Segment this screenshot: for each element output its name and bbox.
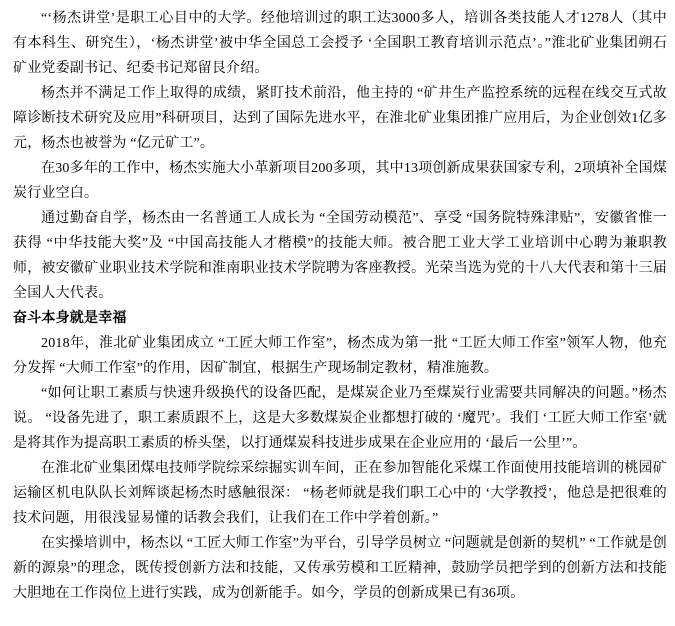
intro-paragraph-4: 通过勤奋自学，杨杰由一名普通工人成长为 “全国劳动模范”、享受 “国务院特殊津贴… [13,206,667,306]
section-paragraph-3: 在淮北矿业集团煤电技师学院综采综掘实训车间，正在参加智能化采煤工作面使用技能培训… [13,456,667,531]
intro-paragraph-2: 杨杰并不满足工作上取得的成绩，紧盯技术前沿，他主持的 “矿井生产监控系统的远程在… [13,81,667,156]
article-page: “‘杨杰讲堂’是职工心目中的大学。经他培训过的职工达3000多人，培训各类技能人… [0,0,675,626]
intro-paragraph-1: “‘杨杰讲堂’是职工心目中的大学。经他培训过的职工达3000多人，培训各类技能人… [13,6,667,81]
section-paragraph-2: “如何让职工素质与快速升级换代的设备匹配，是煤炭企业乃至煤炭行业需要共同解决的问… [13,381,667,456]
intro-paragraph-3: 在30多年的工作中，杨杰实施大小革新项目200多项，其中13项创新成果获国家专利… [13,156,667,206]
section-paragraph-1: 2018年，淮北矿业集团成立 “工匠大师工作室”，杨杰成为第一批 “工匠大师工作… [13,331,667,381]
section-heading: 奋斗本身就是幸福 [13,306,667,331]
section-paragraph-4: 在实操培训中，杨杰以 “工匠大师工作室”为平台，引导学员树立 “问题就是创新的契… [13,531,667,606]
